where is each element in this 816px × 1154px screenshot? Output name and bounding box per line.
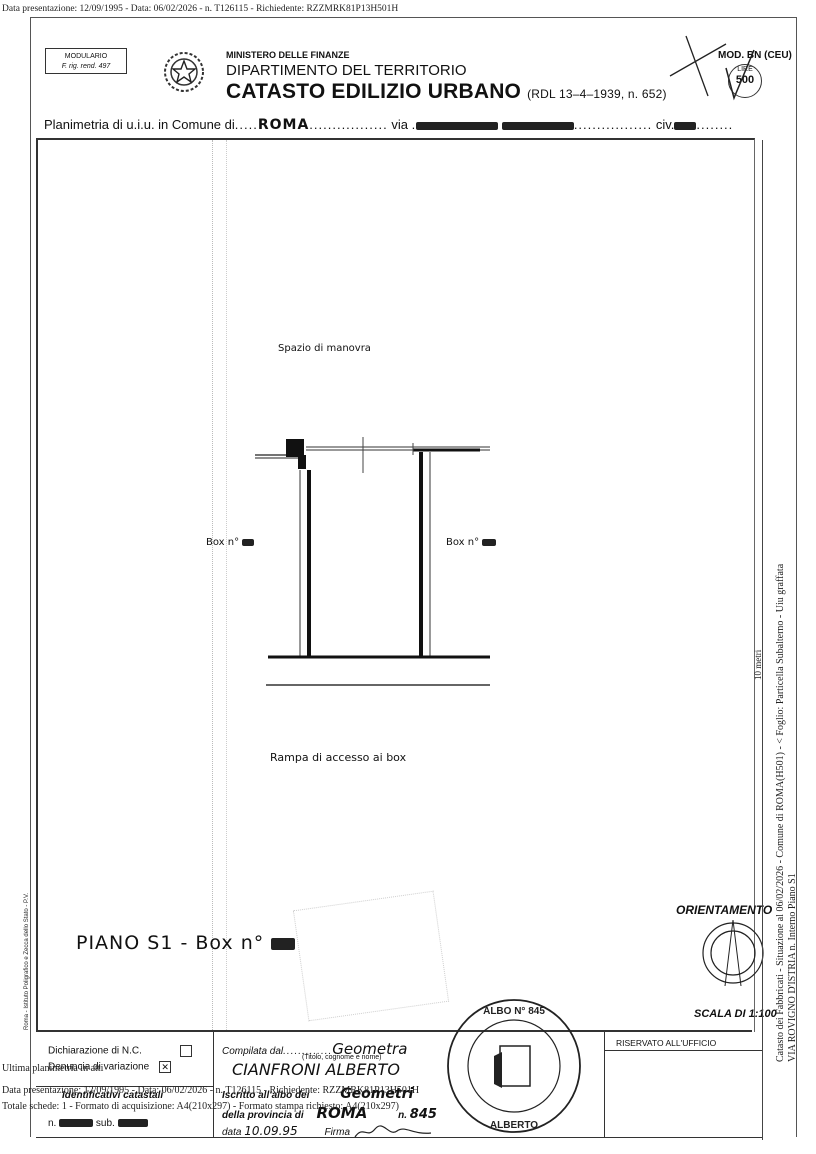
overlay-totale-line: Totale schede: 1 - Formato di acquisizio… (2, 1101, 399, 1112)
scan-artifact-line (212, 140, 213, 1030)
box-right-label: Box n° (446, 537, 496, 548)
compilata-label: Compilata dal (222, 1046, 283, 1057)
republic-emblem-icon (162, 50, 206, 94)
dichiarazione-nc-label: Dichiarazione di N.C. (48, 1046, 142, 1057)
printer-note: Roma - Istituto Poligrafico e Zecca dell… (24, 893, 30, 1030)
dipartimento-label: DIPARTIMENTO DEL TERRITORIO (226, 62, 467, 79)
dichiarazione-nc-checkbox[interactable] (180, 1045, 192, 1057)
numero-label: n. (398, 1110, 407, 1121)
catasto-law: (RDL 13–4–1939, n. 652) (527, 87, 667, 101)
riservato-divider (604, 1050, 762, 1051)
redacted-civic (674, 122, 696, 130)
box-left-label: Box n° (206, 537, 254, 548)
orientamento-label: ORIENTAMENTO (676, 903, 772, 917)
footer-divider-1 (213, 1031, 214, 1137)
frame-left-line (30, 17, 31, 1137)
box-left-text: Box n° (206, 537, 239, 548)
catasto-title-text: CATASTO EDILIZIO URBANO (226, 80, 521, 103)
scale-bar-label: 10 metri (753, 650, 763, 680)
modulario-ref: F. rig. rend. 497 (46, 62, 126, 72)
nome-row: CIANFRONI ALBERTO (232, 1060, 400, 1080)
comune-value: ROMA (258, 117, 309, 133)
box-right-text: Box n° (446, 537, 479, 548)
redacted-street-1 (416, 122, 498, 130)
redacted-box-left-number (242, 539, 254, 546)
data-value: 10.09.95 (244, 1124, 297, 1138)
side-note-catasto: Catasto dei Fabbricati - Situazione al 0… (775, 564, 786, 1062)
sub-label: sub. (96, 1118, 115, 1129)
via-label: via (391, 117, 408, 132)
redacted-box-number (271, 938, 295, 950)
scan-artifact-line (226, 140, 227, 1030)
dichiarazione-nc-row: Dichiarazione di N.C. (48, 1045, 192, 1057)
faded-stamp-impression (293, 891, 449, 1022)
piano-label: PIANO S1 - Box n° (76, 932, 295, 954)
ultima-planimetria-note: Ultima planimetria in atti (2, 1063, 103, 1074)
denuncia-variazione-checkbox[interactable]: ✕ (159, 1061, 171, 1073)
riservato-label: RISERVATO ALL'UFFICIO (616, 1038, 716, 1048)
n-sub-row: n. sub. (48, 1118, 148, 1129)
svg-text:ALBERTO: ALBERTO (490, 1120, 538, 1131)
svg-text:ALBO N° 845: ALBO N° 845 (483, 1006, 545, 1017)
civ-label: civ. (656, 117, 675, 132)
redacted-sub-value (118, 1119, 148, 1127)
presentation-header: Data presentazione: 12/09/1995 - Data: 0… (2, 4, 398, 14)
redacted-box-right-number (482, 539, 496, 546)
planimetria-line: Planimetria di u.i.u. in Comune di.....R… (44, 117, 733, 133)
redacted-n-value (59, 1119, 93, 1127)
side-note-address: VIA ROVIGNO D'ISTRIA n. Interno Piano S1 (787, 873, 798, 1062)
signature-icon (353, 1125, 433, 1139)
north-arrow-compass-icon (700, 920, 766, 986)
handwritten-check-mark-icon (668, 28, 778, 104)
modulario-title: MODULARIO (46, 52, 126, 62)
data-firma-row: data 10.09.95 Firma (222, 1124, 433, 1139)
firma-label: Firma (324, 1127, 350, 1138)
modulario-box: MODULARIO F. rig. rend. 497 (45, 48, 127, 74)
data-label: data (222, 1127, 241, 1138)
piano-text: PIANO S1 - Box n° (76, 932, 264, 954)
right-margin-line (762, 140, 763, 1140)
redacted-street-2 (502, 122, 574, 130)
planimetria-prefix: Planimetria di u.i.u. in Comune di (44, 117, 235, 132)
scale-label: SCALA DI 1:100 (694, 1008, 777, 1020)
floor-plan-drawing (250, 425, 510, 695)
ministero-label: MINISTERO DELLE FINANZE (226, 50, 350, 60)
rampa-label: Rampa di accesso ai box (270, 751, 406, 764)
geometer-seal-stamp-icon: ALBO N° 845 ALBERTO (442, 994, 586, 1138)
footer-divider-2 (604, 1031, 605, 1137)
spazio-manovra-label: Spazio di manovra (278, 343, 371, 354)
frame-top-line (30, 17, 796, 18)
nome-value: CIANFRONI ALBERTO (232, 1060, 400, 1079)
overlay-data-line: Data presentazione: 12/09/1995 - Data: 0… (2, 1085, 419, 1096)
n-label: n. (48, 1118, 56, 1129)
catasto-title: CATASTO EDILIZIO URBANO(RDL 13–4–1939, n… (226, 80, 667, 104)
numero-value: 845 (410, 1107, 437, 1122)
